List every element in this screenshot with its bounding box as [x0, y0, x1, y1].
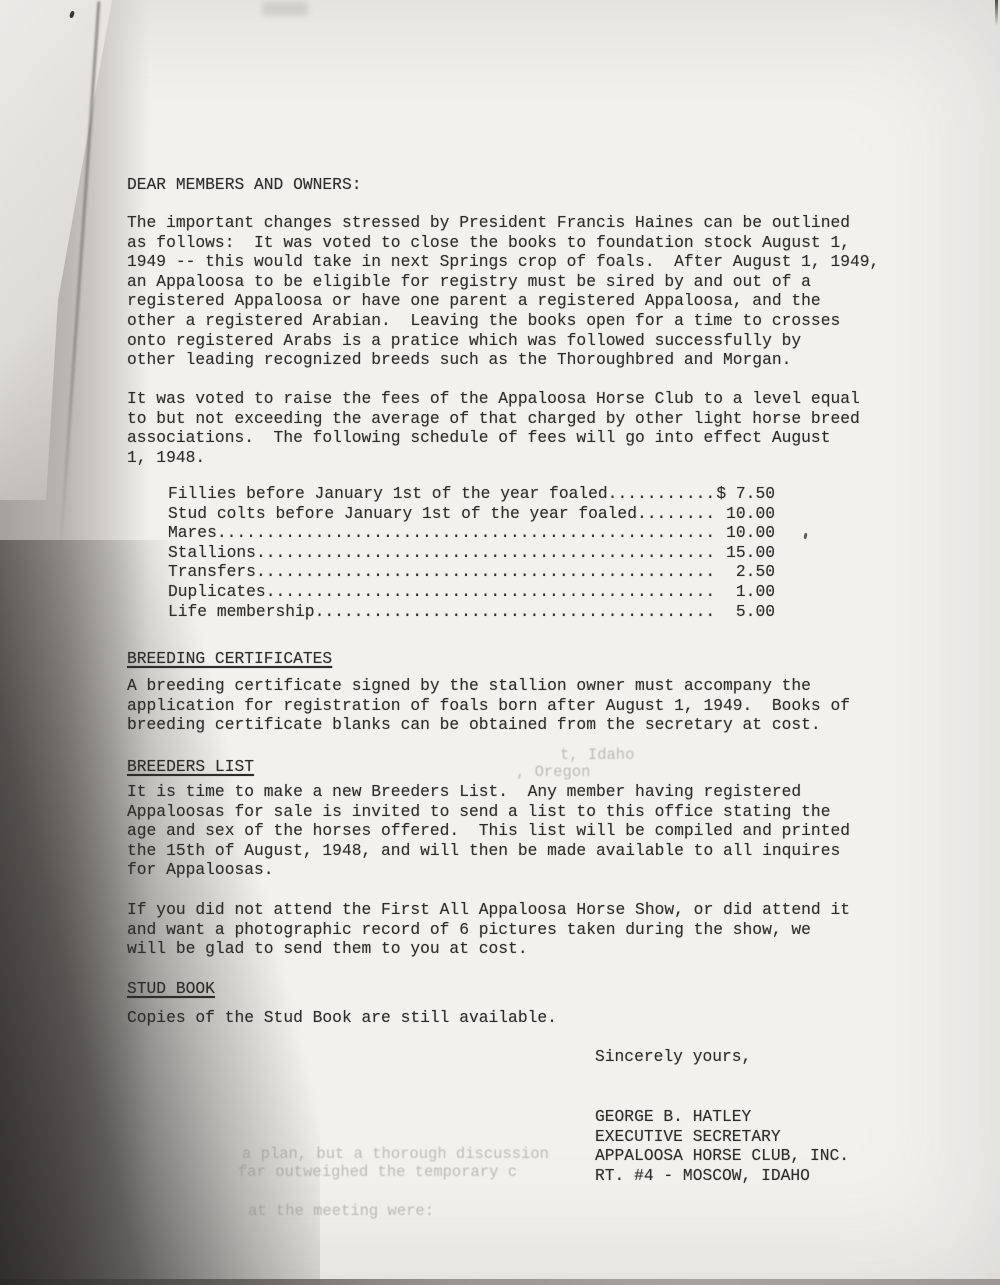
- fee-label: Mares: [168, 523, 217, 543]
- horse-show-paragraph: If you did not attend the First All Appa…: [127, 900, 850, 959]
- fee-amount: 10.00: [713, 523, 775, 543]
- fee-label: Stallions: [168, 543, 256, 563]
- bleed-through-text: , Oregon: [516, 763, 590, 782]
- fee-label: Life membership: [168, 602, 315, 622]
- fee-amount: 10.00: [713, 504, 775, 524]
- fee-row: Transfers 2.50: [168, 562, 775, 582]
- dot-leader: [217, 523, 713, 543]
- ink-speck: [803, 533, 807, 539]
- valediction: Sincerely yours,: [595, 1047, 751, 1067]
- fee-label: Duplicates: [168, 582, 266, 602]
- fee-amount: 15.00: [713, 543, 775, 563]
- fee-row: Mares 10.00: [168, 523, 775, 543]
- fee-label: Fillies before January 1st of the year f…: [168, 484, 608, 504]
- dot-leader: [266, 582, 713, 602]
- fee-amount: 2.50: [713, 562, 775, 582]
- fee-amount: 5.00: [713, 602, 775, 622]
- breeding-certificates-paragraph: A breeding certificate signed by the sta…: [127, 676, 850, 735]
- bleed-through-text: far outweighed the temporary c: [238, 1163, 517, 1182]
- dot-leader: [315, 602, 713, 622]
- bleed-through-text: a plan, but a thorough discussion: [242, 1145, 549, 1164]
- dot-leader: [256, 543, 713, 563]
- section-heading-breeding-certificates: BREEDING CERTIFICATES: [127, 649, 332, 669]
- dot-leader: [608, 484, 713, 504]
- scan-streak: [995, 0, 998, 26]
- fee-label: Stud colts before January 1st of the yea…: [168, 504, 637, 524]
- dot-leader: [256, 562, 713, 582]
- fee-row: Fillies before January 1st of the year f…: [168, 484, 775, 504]
- ink-smudge: [262, 2, 308, 16]
- fee-schedule-table: Fillies before January 1st of the year f…: [168, 484, 775, 621]
- fee-row: Stud colts before January 1st of the yea…: [168, 504, 775, 524]
- bleed-through-text: at the meeting were:: [248, 1202, 434, 1221]
- salutation: DEAR MEMBERS AND OWNERS:: [127, 175, 362, 195]
- breeders-list-paragraph: It is time to make a new Breeders List. …: [127, 782, 850, 880]
- fee-label: Transfers: [168, 562, 256, 582]
- fee-amount: 1.00: [713, 582, 775, 602]
- bottom-page-edge: [0, 1279, 1000, 1285]
- fee-row: Life membership 5.00: [168, 602, 775, 622]
- fee-row: Duplicates 1.00: [168, 582, 775, 602]
- dot-leader: [637, 504, 713, 524]
- section-heading-breeders-list: BREEDERS LIST: [127, 757, 254, 777]
- fee-amount: $ 7.50: [713, 484, 775, 504]
- fee-row: Stallions 15.00: [168, 543, 775, 563]
- fees-paragraph: It was voted to raise the fees of the Ap…: [127, 389, 860, 467]
- intro-paragraph: The important changes stressed by Presid…: [127, 213, 879, 370]
- section-heading-stud-book: STUD BOOK: [127, 979, 215, 999]
- stud-book-paragraph: Copies of the Stud Book are still availa…: [127, 1008, 557, 1028]
- signature-block: GEORGE B. HATLEY EXECUTIVE SECRETARY APP…: [595, 1107, 849, 1185]
- scanned-letter-page: t, Idaho , Oregon a plan, but a thorough…: [0, 0, 1000, 1285]
